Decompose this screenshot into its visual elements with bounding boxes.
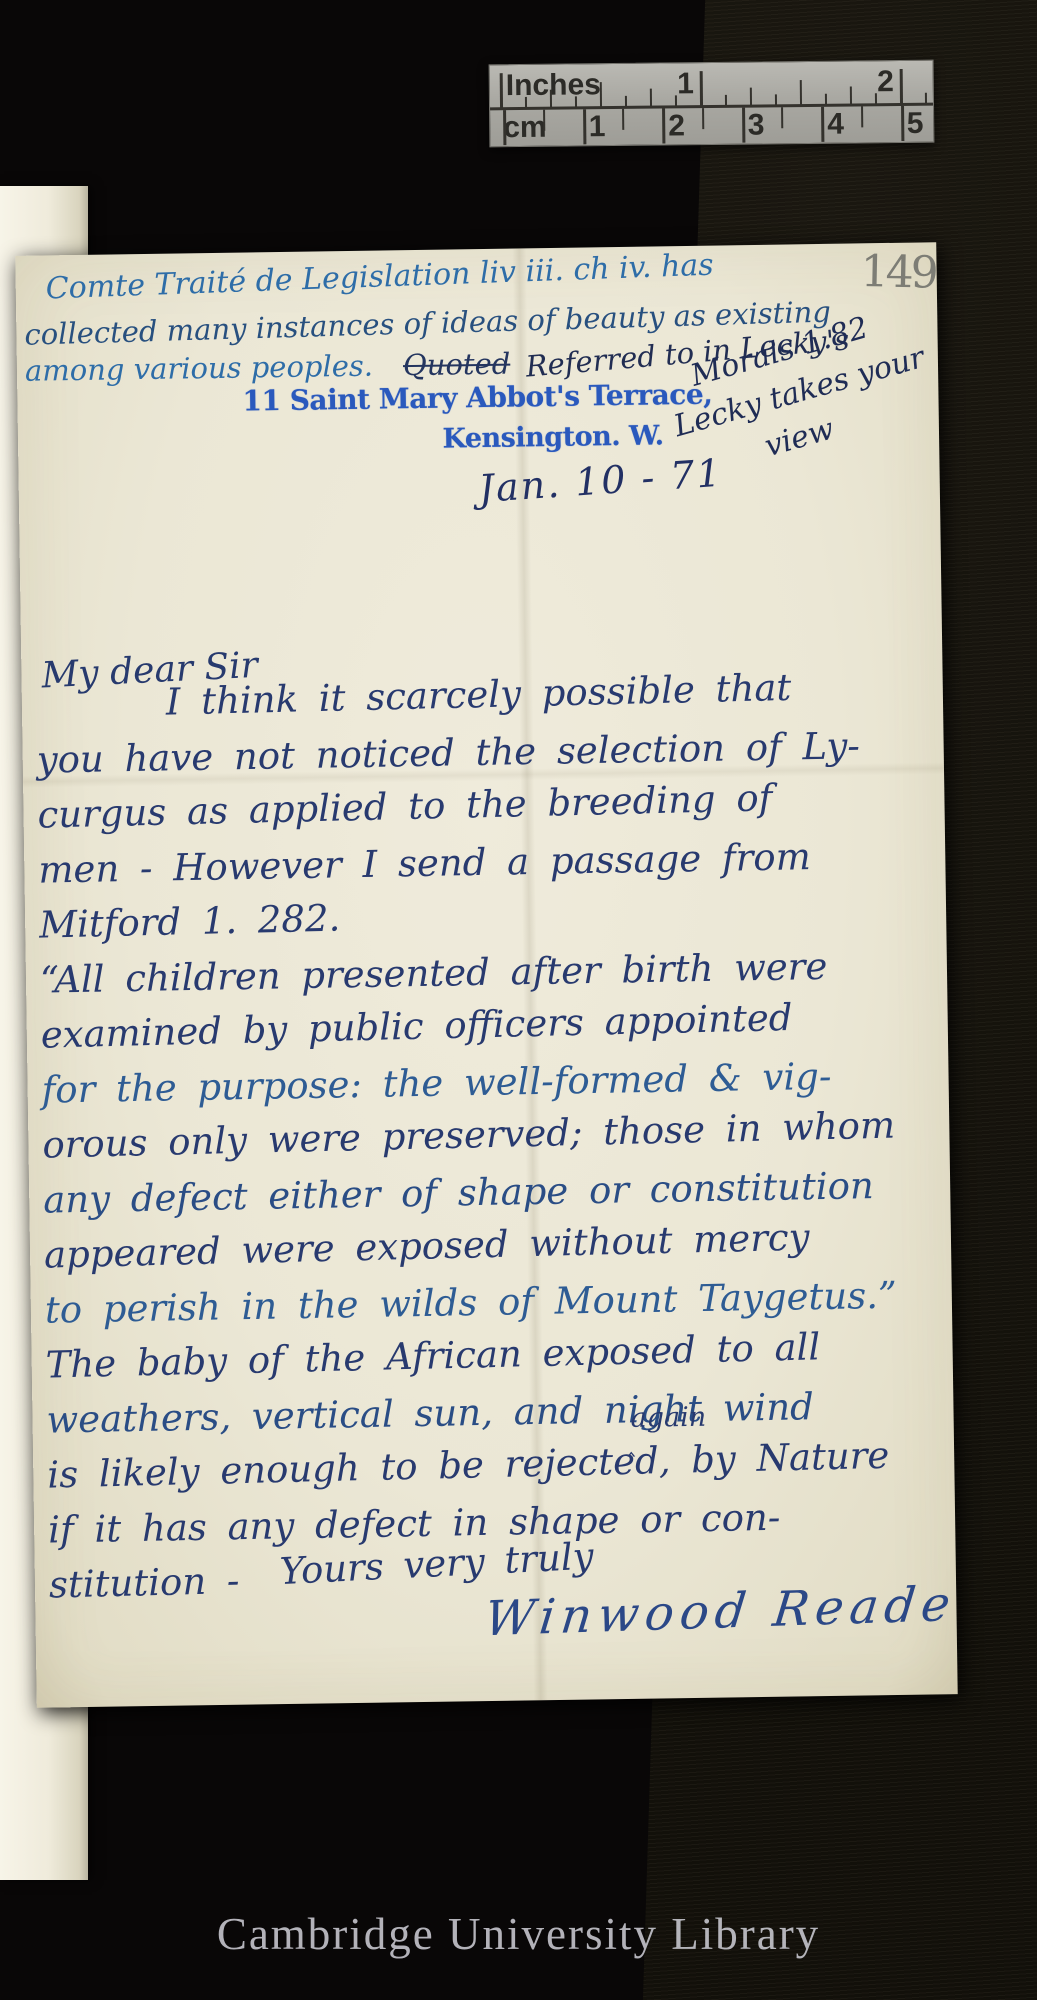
ruler-tick	[600, 82, 602, 108]
ruler-number: 1	[589, 112, 619, 142]
ruler-inches-label: Inches	[506, 70, 601, 101]
ruler-tick	[575, 96, 577, 108]
annotation-line-1: Comte Traité de Legislation liv iii. ch …	[45, 248, 714, 307]
ruler: Inches cm 1212345	[489, 60, 935, 148]
ruler-tick	[625, 96, 627, 108]
ruler-tick	[702, 108, 704, 129]
ruler-tick	[500, 73, 503, 109]
ruler-tick	[850, 87, 852, 106]
ruler-tick	[821, 107, 824, 142]
letter-page: 149 Comte Traité de Legislation liv iii.…	[15, 242, 957, 1708]
letter-date: Jan. 10 - 71	[477, 451, 724, 511]
ruler-tick	[861, 106, 863, 127]
ruler-tick	[781, 107, 783, 128]
ruler-tick	[583, 109, 586, 144]
ruler-tick	[925, 93, 927, 105]
ruler-tick	[742, 108, 745, 143]
ruler-tick	[662, 108, 665, 143]
letter-body: I think it scarcely possible thatyou hav…	[36, 670, 950, 1618]
ruler-tick	[543, 110, 545, 131]
ruler-number: 4	[827, 109, 857, 139]
ruler-tick	[650, 89, 652, 108]
ruler-divider-line	[490, 103, 933, 111]
ruler-tick	[775, 94, 777, 106]
ruler-tick	[550, 90, 552, 109]
annotation-line-3-text: among various peoples.	[25, 349, 374, 388]
annotation-struck-word: Quoted	[403, 347, 511, 383]
ruler-tick	[525, 97, 527, 109]
ruler-tick	[503, 110, 506, 145]
ruler-tick	[700, 71, 703, 107]
ruler-number: 3	[748, 110, 778, 140]
ruler-number: 2	[864, 67, 894, 97]
scanned-letter-photograph: Inches cm 1212345 149 Comte Traité de Le…	[0, 0, 1037, 2000]
ruler-cm-label: cm	[503, 113, 547, 143]
ruler-tick	[825, 94, 827, 106]
ruler-tick	[725, 95, 727, 107]
ruler-number: 5	[907, 109, 937, 139]
ruler-tick	[622, 109, 624, 130]
library-watermark: Cambridge University Library	[0, 1908, 1037, 1960]
ruler-tick	[800, 80, 802, 106]
ruler-tick	[900, 69, 903, 105]
ruler-number: 2	[668, 111, 698, 141]
ruler-number: 1	[664, 69, 694, 99]
interlinear-insertion: again	[630, 1402, 706, 1434]
ruler-tick	[750, 88, 752, 107]
ruler-tick	[901, 106, 904, 141]
